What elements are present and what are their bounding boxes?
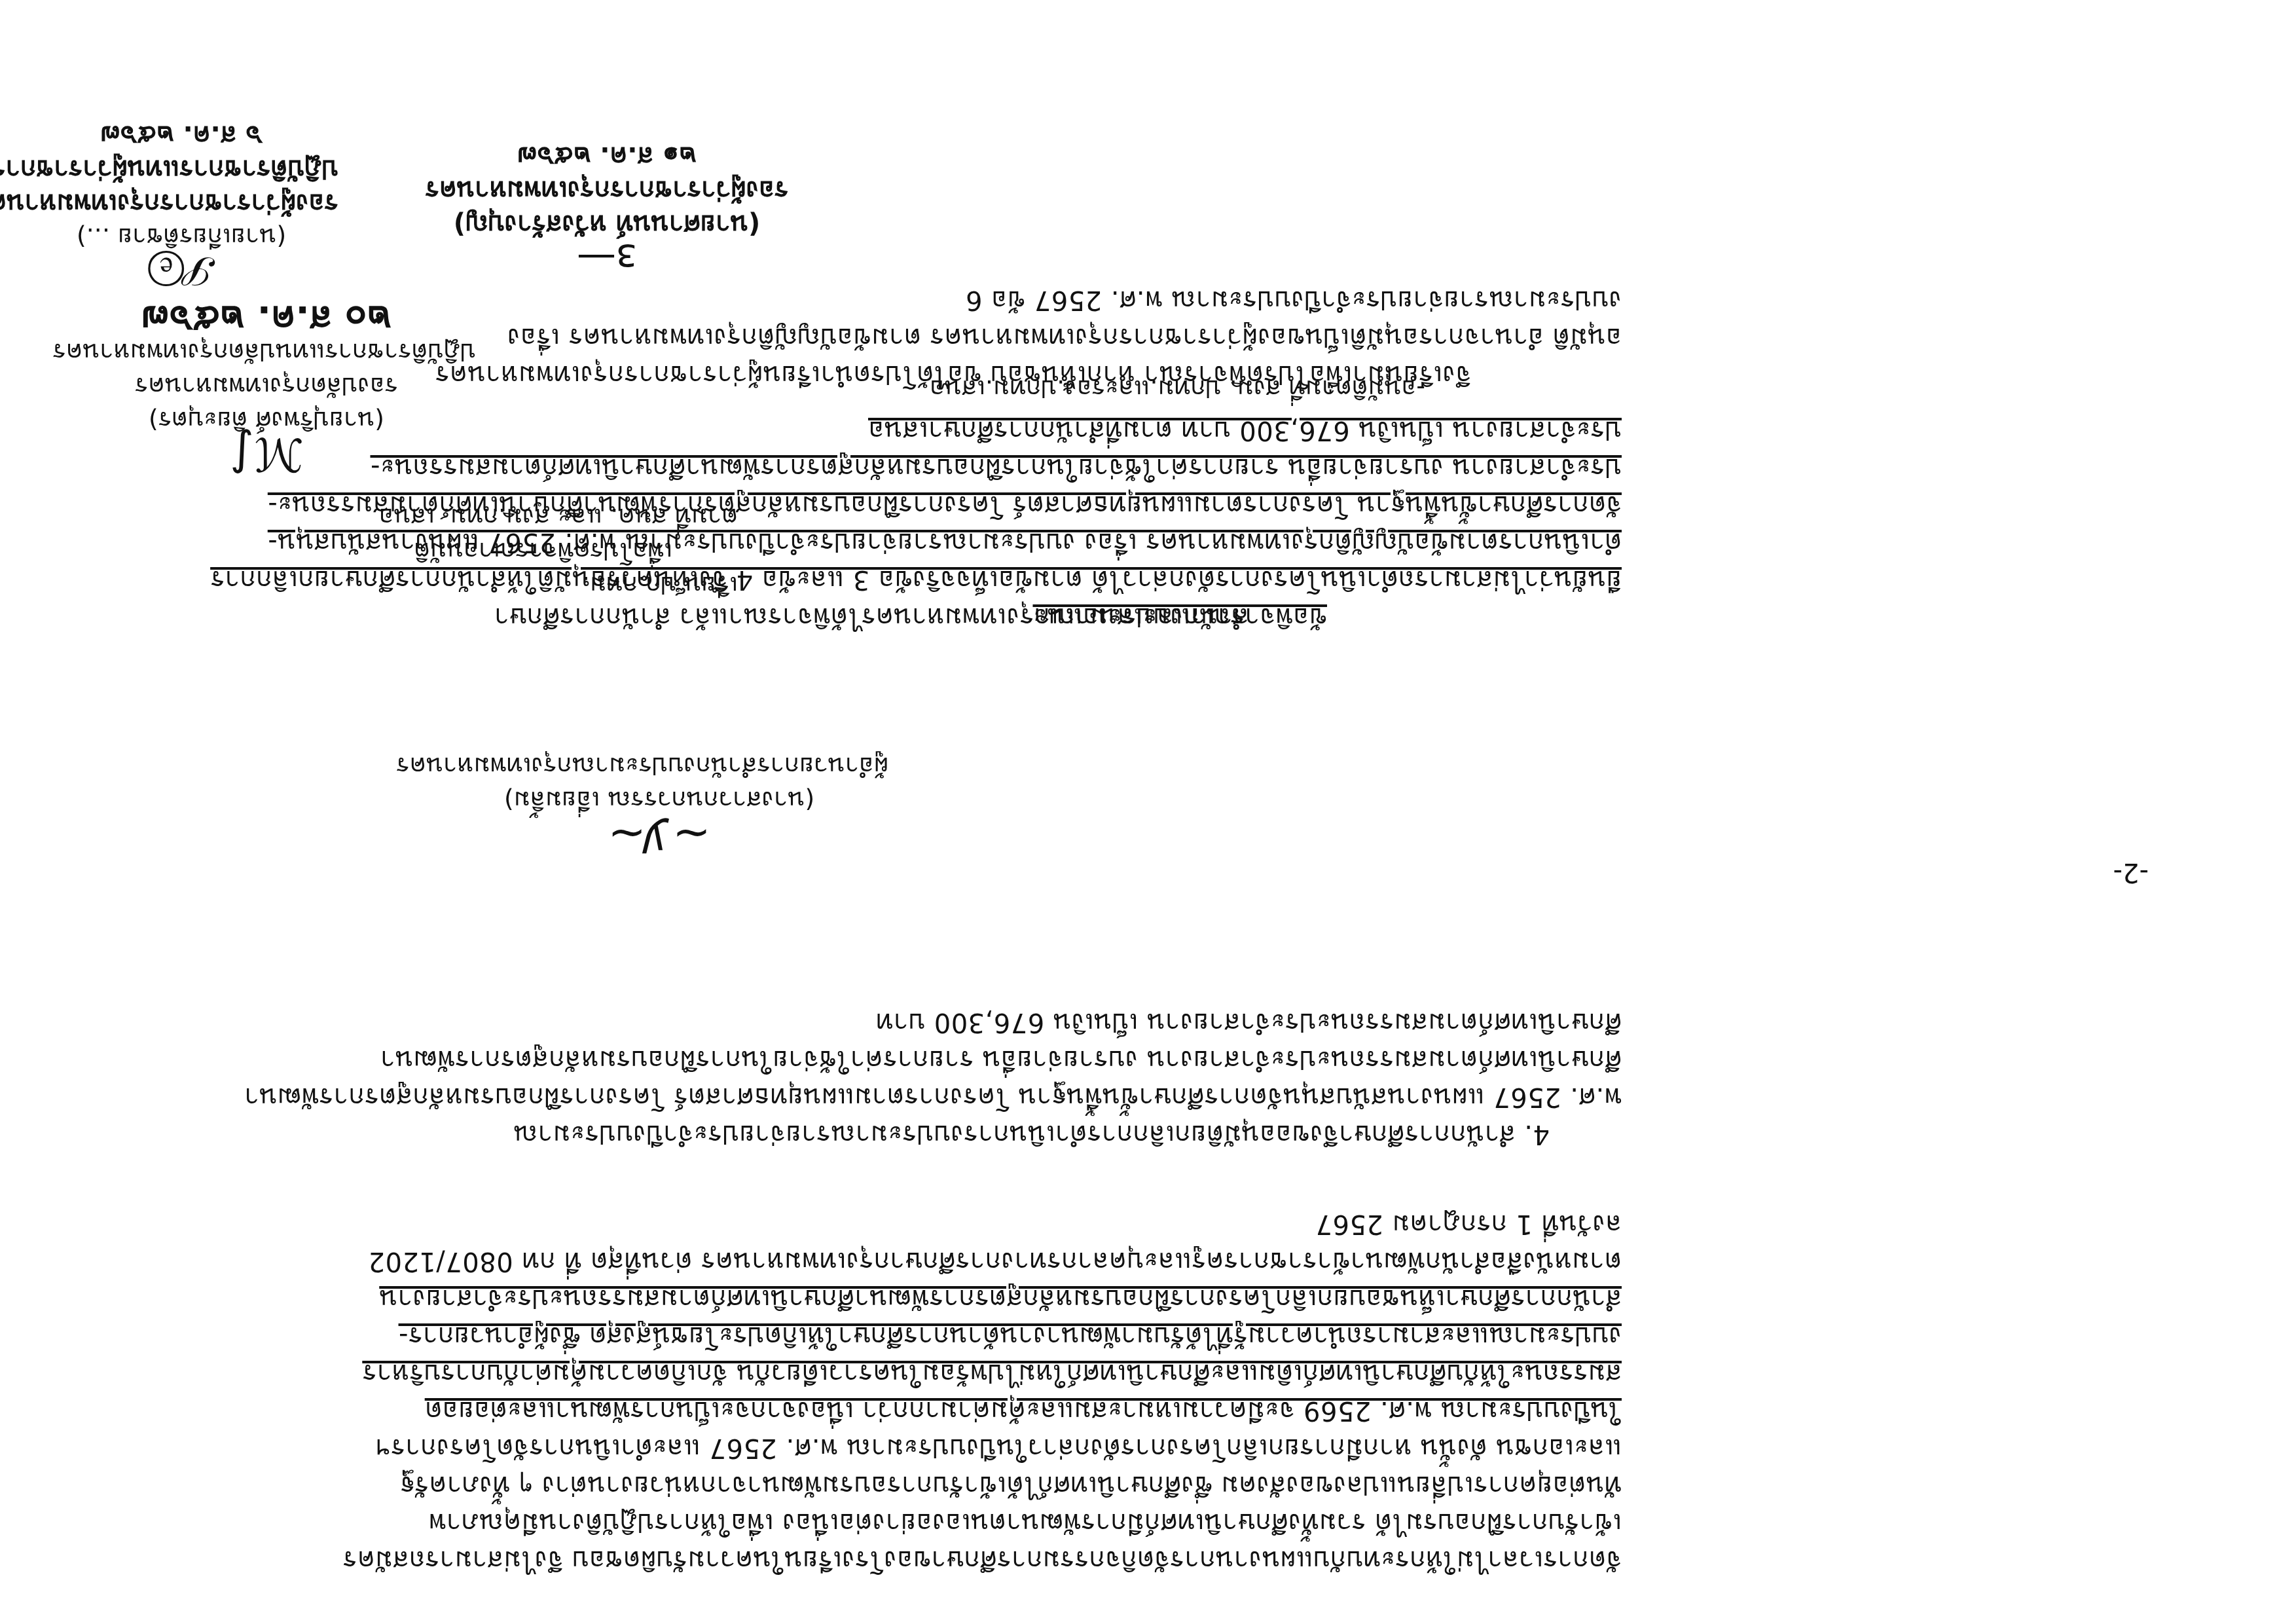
signer-title: รองผู้ว่าราชการกรุงเทพมหานคร bbox=[378, 173, 836, 207]
signed-date: ๒๐ ส.ค. ๒๕๖๗ bbox=[57, 301, 476, 335]
signer-title-2: ปฏิบัติราชการแทนผู้ว่าราชการกรุงเทพมหานค… bbox=[24, 152, 338, 186]
text-line: จัดการเวลาไม่ให้กระทบกับแผนงานการจัดกิจก… bbox=[342, 1541, 1622, 1578]
text-line: งบประมาณและสามารถนำความรู้ที่ได้รับมาพัฒ… bbox=[399, 1318, 1622, 1354]
signer-name: (นายปุริพงศ์ ติยะบุตร) bbox=[57, 403, 476, 437]
signed-date: ๖ ส.ค. ๒๕๖๗ bbox=[24, 118, 338, 152]
text-line: ตามหนังสือสำนักพัฒนาข้าราชการครูและบุคลา… bbox=[368, 1243, 1622, 1280]
memo-line-1: เรียน ปก.กทม. bbox=[379, 568, 738, 602]
signed-date: ๒๑ ส.ค. ๒๕๖๗ bbox=[378, 139, 836, 173]
signature-deputy-governor: ɜ— (นายศานนท์ หวังสร้างบุญ) รองผู้ว่าราช… bbox=[378, 139, 836, 275]
text-line: สมรรถนะให้กับศึกษานิเทศก์เดิมและศึกษานิเ… bbox=[362, 1355, 1622, 1392]
text-line: ประจำสายงาน งบรายจ่ายอื่น รายการค่าใช้จ่… bbox=[371, 449, 1622, 486]
signer-name: (นายเกียรติชาย ...) bbox=[24, 220, 338, 254]
signer-title: ผู้อำนวยการสำนักงบประมาณกรุงเทพมหานคร bbox=[430, 749, 888, 783]
text-line: อนุมัติ อำนาจการอนุมัติเป็นของผู้ว่าราชก… bbox=[507, 319, 1622, 356]
handwritten-signature: ɜ— bbox=[378, 241, 836, 275]
text-line: ในปีงบประมาณ พ.ศ. 2569 จะมีความเหมาะสมแล… bbox=[425, 1392, 1622, 1429]
text-line: ทันต่อยุคการเปลี่ยนแปลงของสังคม ซึ่งศึกษ… bbox=[399, 1467, 1622, 1504]
scanned-page: -2- จัดการเวลาไม่ให้กระทบกับแผนงานการจัด… bbox=[0, 0, 2296, 1624]
signer-title: รองผู้ว่าราชการกรุงเทพมหานคร bbox=[24, 186, 338, 220]
page-number: -2- bbox=[2113, 857, 2149, 887]
text-line: พ.ศ. 2567 แผนงานสนับสนุนจัดการศึกษาขั้นพ… bbox=[244, 1079, 1622, 1115]
signer-title-2: ปฏิบัติราชการแทนปลัดกรุงเทพมหานคร bbox=[57, 335, 476, 369]
memo-note: เรียน ปก.กทม. เพื่อโปรดพิจารณาอนุมัติ ตา… bbox=[379, 500, 738, 602]
signature-budget-director: ~ﻻ~ (นางสาวกนกวรรณ เอี่ยมลิ้ม) ผู้อำนวยก… bbox=[430, 749, 888, 851]
text-line: ประจำสายงาน เป็นเงิน 676,300 บาท ตามที่ส… bbox=[868, 412, 1622, 449]
text-line: สำนักการศึกษาเห็นชอบยกเลิกโครงการฝึกอบรม… bbox=[379, 1280, 1622, 1317]
signature-assistant: 𝒮ⓔ (นายเกียรติชาย ...) รองผู้ว่าราชการกร… bbox=[24, 118, 338, 288]
signature-deputy-permanent-secretary: ℳ∫ (นายปุริพงศ์ ติยะบุตร) รองปลัดกรุงเทพ… bbox=[57, 301, 476, 471]
memo-line-3: ตามที่ สนค. และ สงม.กทม. เสนอ bbox=[379, 500, 738, 534]
text-line: เข้ารับการฝึกอบรมได้ รวมทั้งศึกษานิเทศก์… bbox=[428, 1504, 1622, 1541]
approval-note: -อนุมัติตามที่ สงม. ปกทม.และรอง.ปกทม.เสน… bbox=[930, 372, 1425, 406]
text-line: และเอกชน ดังนั้น หากมีการยกเลิกโครงการดั… bbox=[376, 1430, 1622, 1466]
handwritten-signature: 𝒮ⓔ bbox=[24, 254, 338, 288]
handwritten-signature: ~ﻻ~ bbox=[430, 817, 888, 851]
memo-line-2: เพื่อโปรดพิจารณาอนุมัติ bbox=[379, 534, 738, 568]
text-line: 4. สำนักการศึกษาจึงขออนุมัติยกเลิกการดำเ… bbox=[513, 1116, 1550, 1153]
signer-title: รองปลัดกรุงเทพมหานคร bbox=[57, 369, 476, 403]
text-line: ศึกษานิเทศก์ตามสมรรถนะประจำสายงาน เป็นเง… bbox=[875, 1004, 1622, 1041]
text-line: ศึกษานิเทศก์ตามสมรรถนะประจำสายงาน งบรายจ… bbox=[380, 1041, 1622, 1078]
text-line: สำนักงบประมาณกรุงเทพมหานครได้พิจารณาแล้ว… bbox=[494, 599, 1249, 635]
text-line: งบประมาณรายจ่ายประจำปีงบประมาณ พ.ศ. 2567… bbox=[966, 282, 1622, 318]
handwritten-signature: ℳ∫ bbox=[57, 437, 476, 471]
signer-name: (นายศานนท์ หวังสร้างบุญ) bbox=[378, 207, 836, 241]
signer-name: (นางสาวกนกวรรณ เอี่ยมลิ้ม) bbox=[430, 783, 888, 817]
text-line: ลงวันที่ 1 กรกฎาคม 2567 bbox=[1315, 1206, 1622, 1242]
